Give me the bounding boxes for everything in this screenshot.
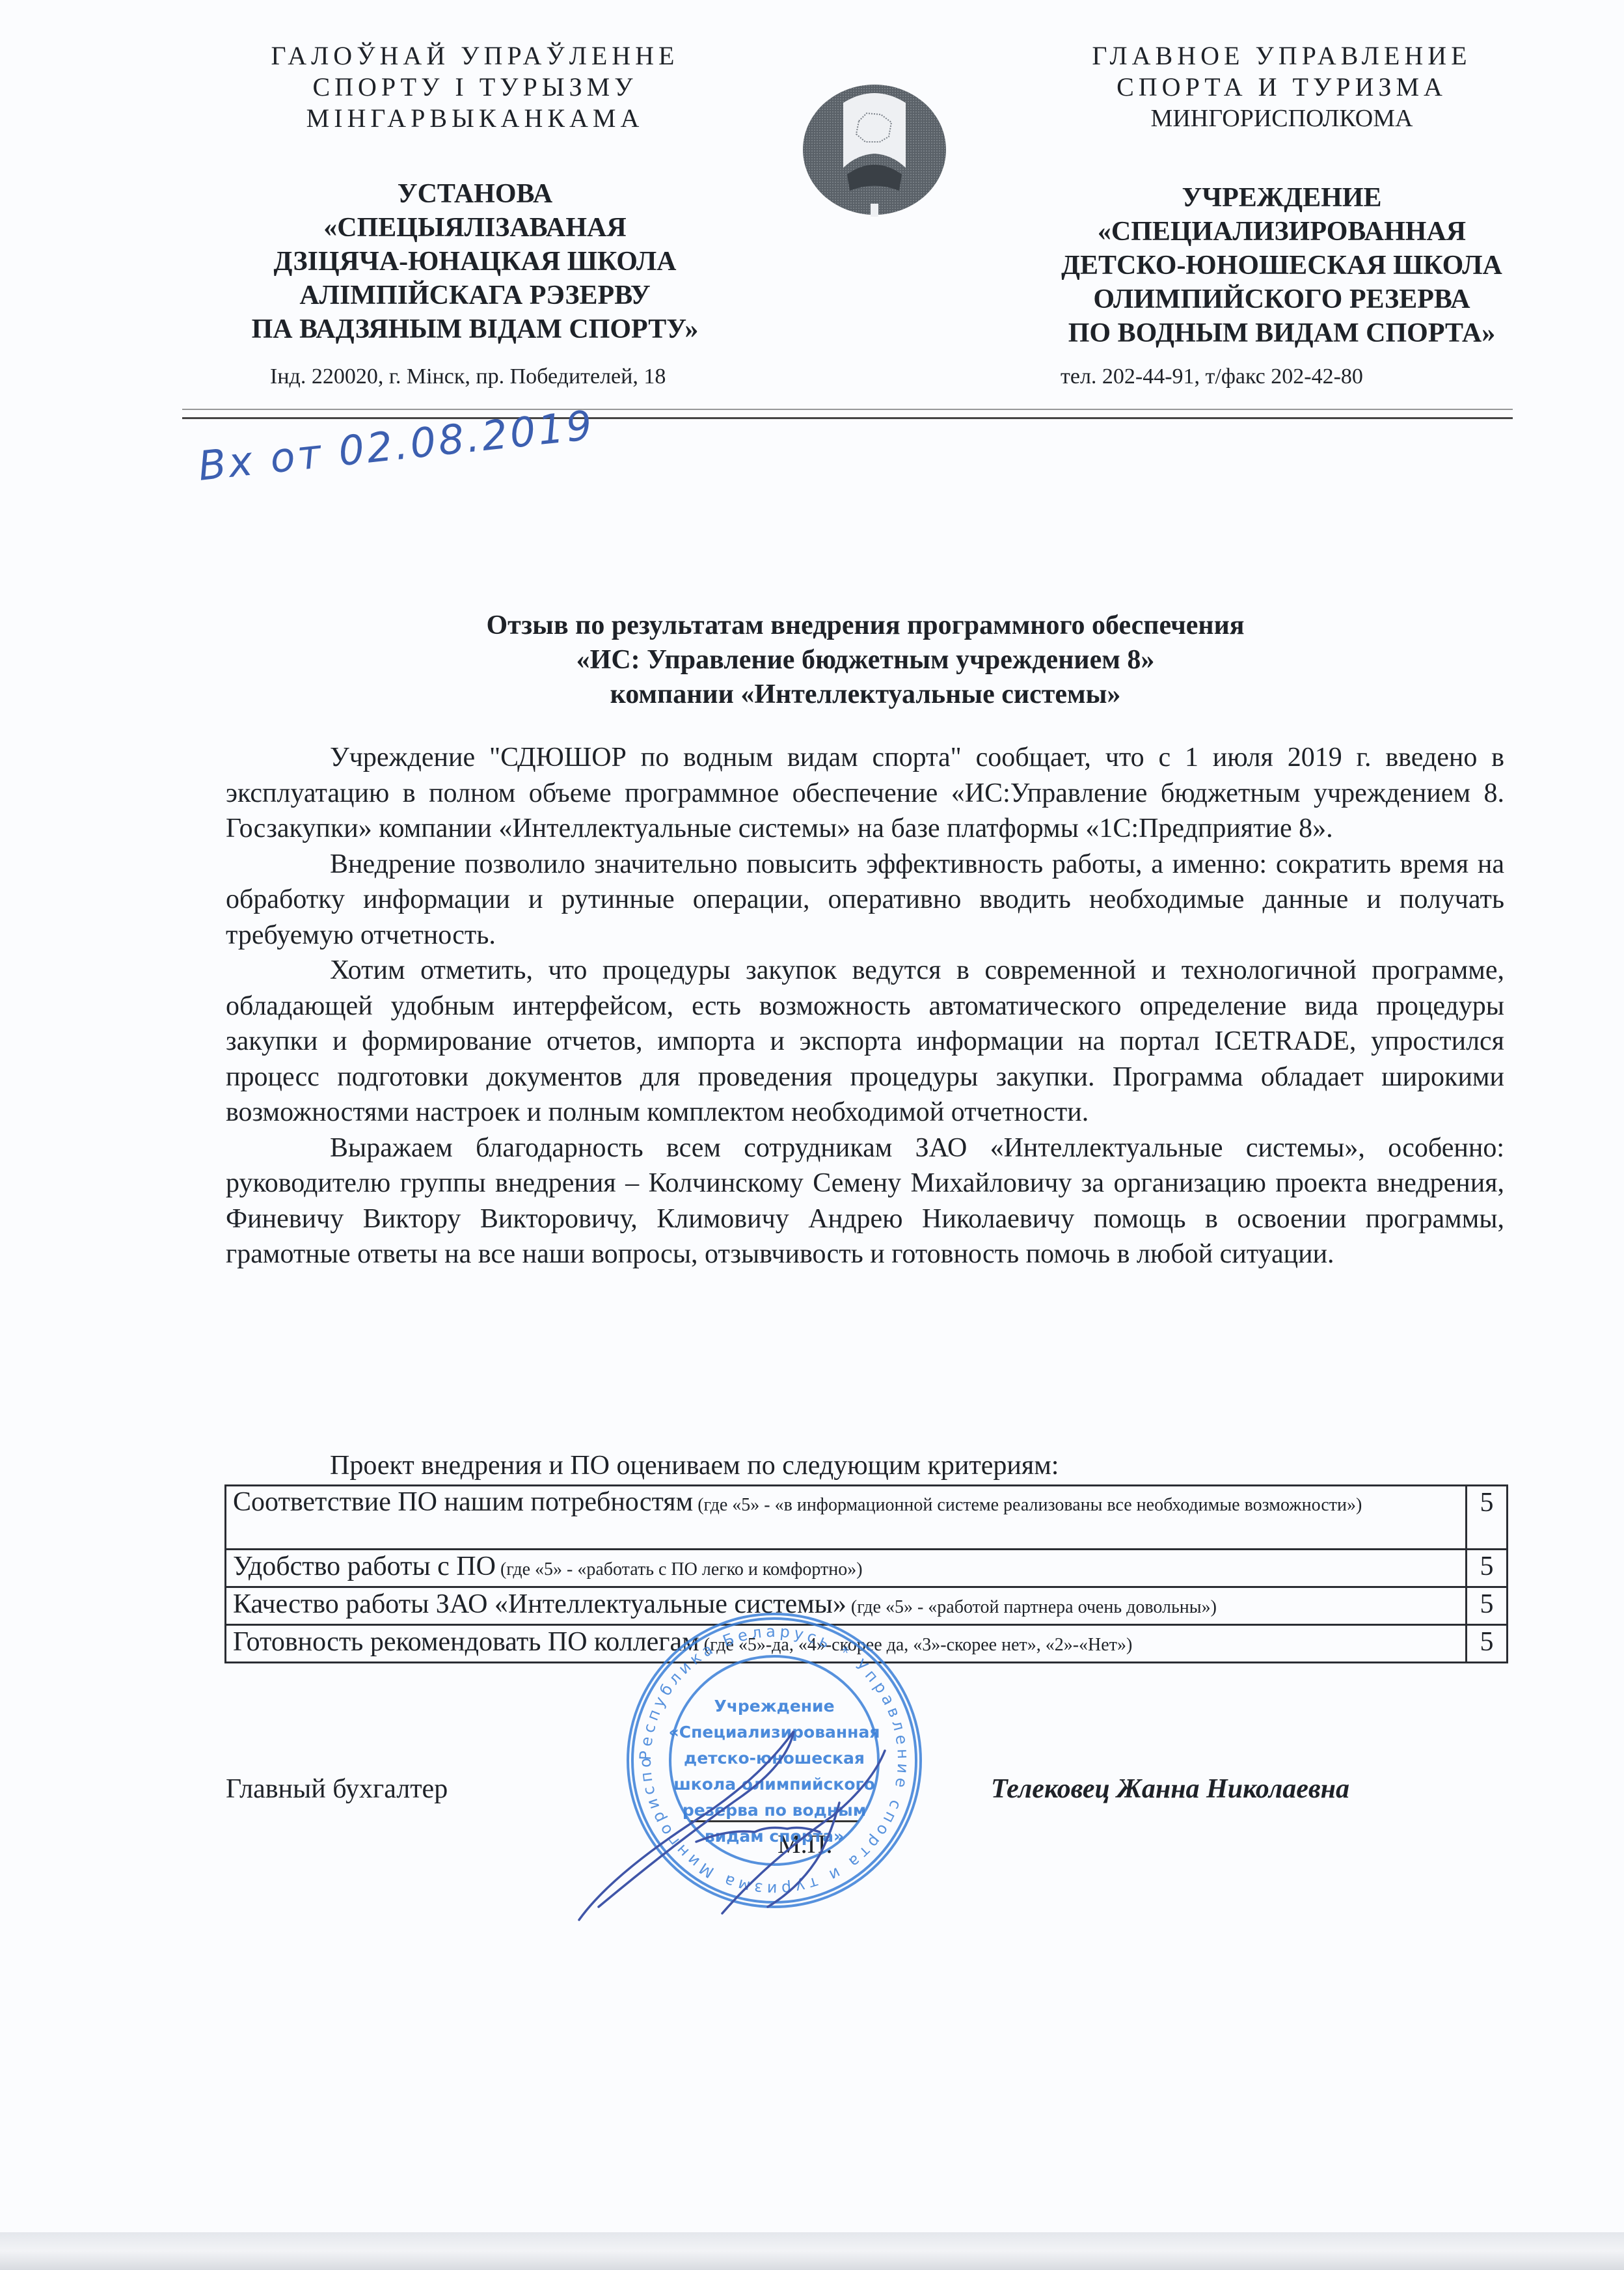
criterion-note: (где «5» - «в информационной системе реа… <box>693 1495 1362 1515</box>
paragraph: Учреждение "СДЮШОР по водным видам спорт… <box>226 740 1504 847</box>
handwritten-signature-icon <box>573 1692 898 1926</box>
address: Інд. 220020, г. Мінск, пр. Победителей, … <box>270 364 666 389</box>
scan-bottom-edge <box>0 2232 1624 2270</box>
paragraph: Внедрение позволило значительно повысить… <box>226 847 1504 953</box>
handwritten-receipt-note: Вх от 02.08.2019 <box>196 401 597 490</box>
table-row: Удобство работы с ПО (где «5» - «работат… <box>226 1550 1508 1587</box>
institution-line: «СПЕЦИАЛИЗИРОВАННАЯ <box>1015 215 1549 249</box>
title-line: компании «Интеллектуальные системы» <box>221 677 1509 712</box>
ministry-line: ГАЛОЎНАЙ УПРАЎЛЕННЕ <box>182 40 768 72</box>
header-left: ГАЛОЎНАЙ УПРАЎЛЕННЕ СПОРТУ І ТУРЫЗМУ МІН… <box>182 40 768 346</box>
ministry-line: СПОРТА И ТУРИЗМА <box>1015 72 1549 103</box>
score-cell: 5 <box>1467 1486 1508 1550</box>
signatory-role: Главный бухгалтер <box>226 1773 448 1805</box>
paragraph: Выражаем благодарность всем сотрудникам … <box>226 1130 1504 1272</box>
document-page: ГАЛОЎНАЙ УПРАЎЛЕННЕ СПОРТУ І ТУРЫЗМУ МІН… <box>0 0 1624 2232</box>
institution-line: ПА ВАДЗЯНЫМ ВІДАМ СПОРТУ» <box>182 312 768 346</box>
institution-line: УЧРЕЖДЕНИЕ <box>1015 181 1549 215</box>
criterion-cell: Соответствие ПО нашим потребностям (где … <box>226 1486 1467 1550</box>
phone-fax: тел. 202-44-91, т/факс 202-42-80 <box>1061 364 1363 389</box>
institution-line: УСТАНОВА <box>182 177 768 211</box>
institution-line: АЛІМПІЙСКАГА РЭЗЕРВУ <box>182 279 768 312</box>
header-divider <box>182 417 1513 419</box>
ministry-line: МІНГАРВЫКАНКАМА <box>182 103 768 134</box>
ministry-line: МИНГОРИСПОЛКОМА <box>1015 103 1549 134</box>
criterion-label: Удобство работы с ПО <box>233 1552 496 1581</box>
signatory-name: Телековец Жанна Николаевна <box>991 1773 1349 1805</box>
header-right: ГЛАВНОЕ УПРАВЛЕНИЕ СПОРТА И ТУРИЗМА МИНГ… <box>1015 40 1549 350</box>
criterion-label: Соответствие ПО нашим потребностям <box>233 1487 693 1517</box>
state-emblem-icon <box>795 77 954 226</box>
score-cell: 5 <box>1467 1625 1508 1663</box>
institution-name: УЧРЕЖДЕНИЕ «СПЕЦИАЛИЗИРОВАННАЯ ДЕТСКО-ЮН… <box>1015 181 1549 350</box>
paragraph: Хотим отметить, что процедуры закупок ве… <box>226 953 1504 1130</box>
criterion-cell: Удобство работы с ПО (где «5» - «работат… <box>226 1550 1467 1587</box>
document-title: Отзыв по результатам внедрения программн… <box>221 609 1509 712</box>
title-line: «ИС: Управление бюджетным учреждением 8» <box>221 643 1509 677</box>
header-divider <box>182 409 1513 410</box>
criteria-intro: Проект внедрения и ПО оцениваем по следу… <box>330 1450 1059 1481</box>
criterion-note: (где «5» - «работать с ПО легко и комфор… <box>496 1559 863 1579</box>
institution-line: ПО ВОДНЫМ ВИДАМ СПОРТА» <box>1015 316 1549 350</box>
score-cell: 5 <box>1467 1587 1508 1625</box>
ministry-line: СПОРТУ І ТУРЫЗМУ <box>182 72 768 103</box>
institution-line: «СПЕЦЫЯЛІЗАВАНАЯ <box>182 211 768 245</box>
institution-line: ДЗІЦЯЧА-ЮНАЦКАЯ ШКОЛА <box>182 245 768 279</box>
institution-line: ОЛИМПИЙСКОГО РЕЗЕРВА <box>1015 282 1549 316</box>
document-body: Учреждение "СДЮШОР по водным видам спорт… <box>226 740 1504 1272</box>
score-cell: 5 <box>1467 1550 1508 1587</box>
table-row: Соответствие ПО нашим потребностям (где … <box>226 1486 1508 1550</box>
institution-line: ДЕТСКО-ЮНОШЕСКАЯ ШКОЛА <box>1015 249 1549 282</box>
ministry-line: ГЛАВНОЕ УПРАВЛЕНИЕ <box>1015 40 1549 72</box>
title-line: Отзыв по результатам внедрения программн… <box>221 609 1509 643</box>
institution-name: УСТАНОВА «СПЕЦЫЯЛІЗАВАНАЯ ДЗІЦЯЧА-ЮНАЦКА… <box>182 177 768 346</box>
